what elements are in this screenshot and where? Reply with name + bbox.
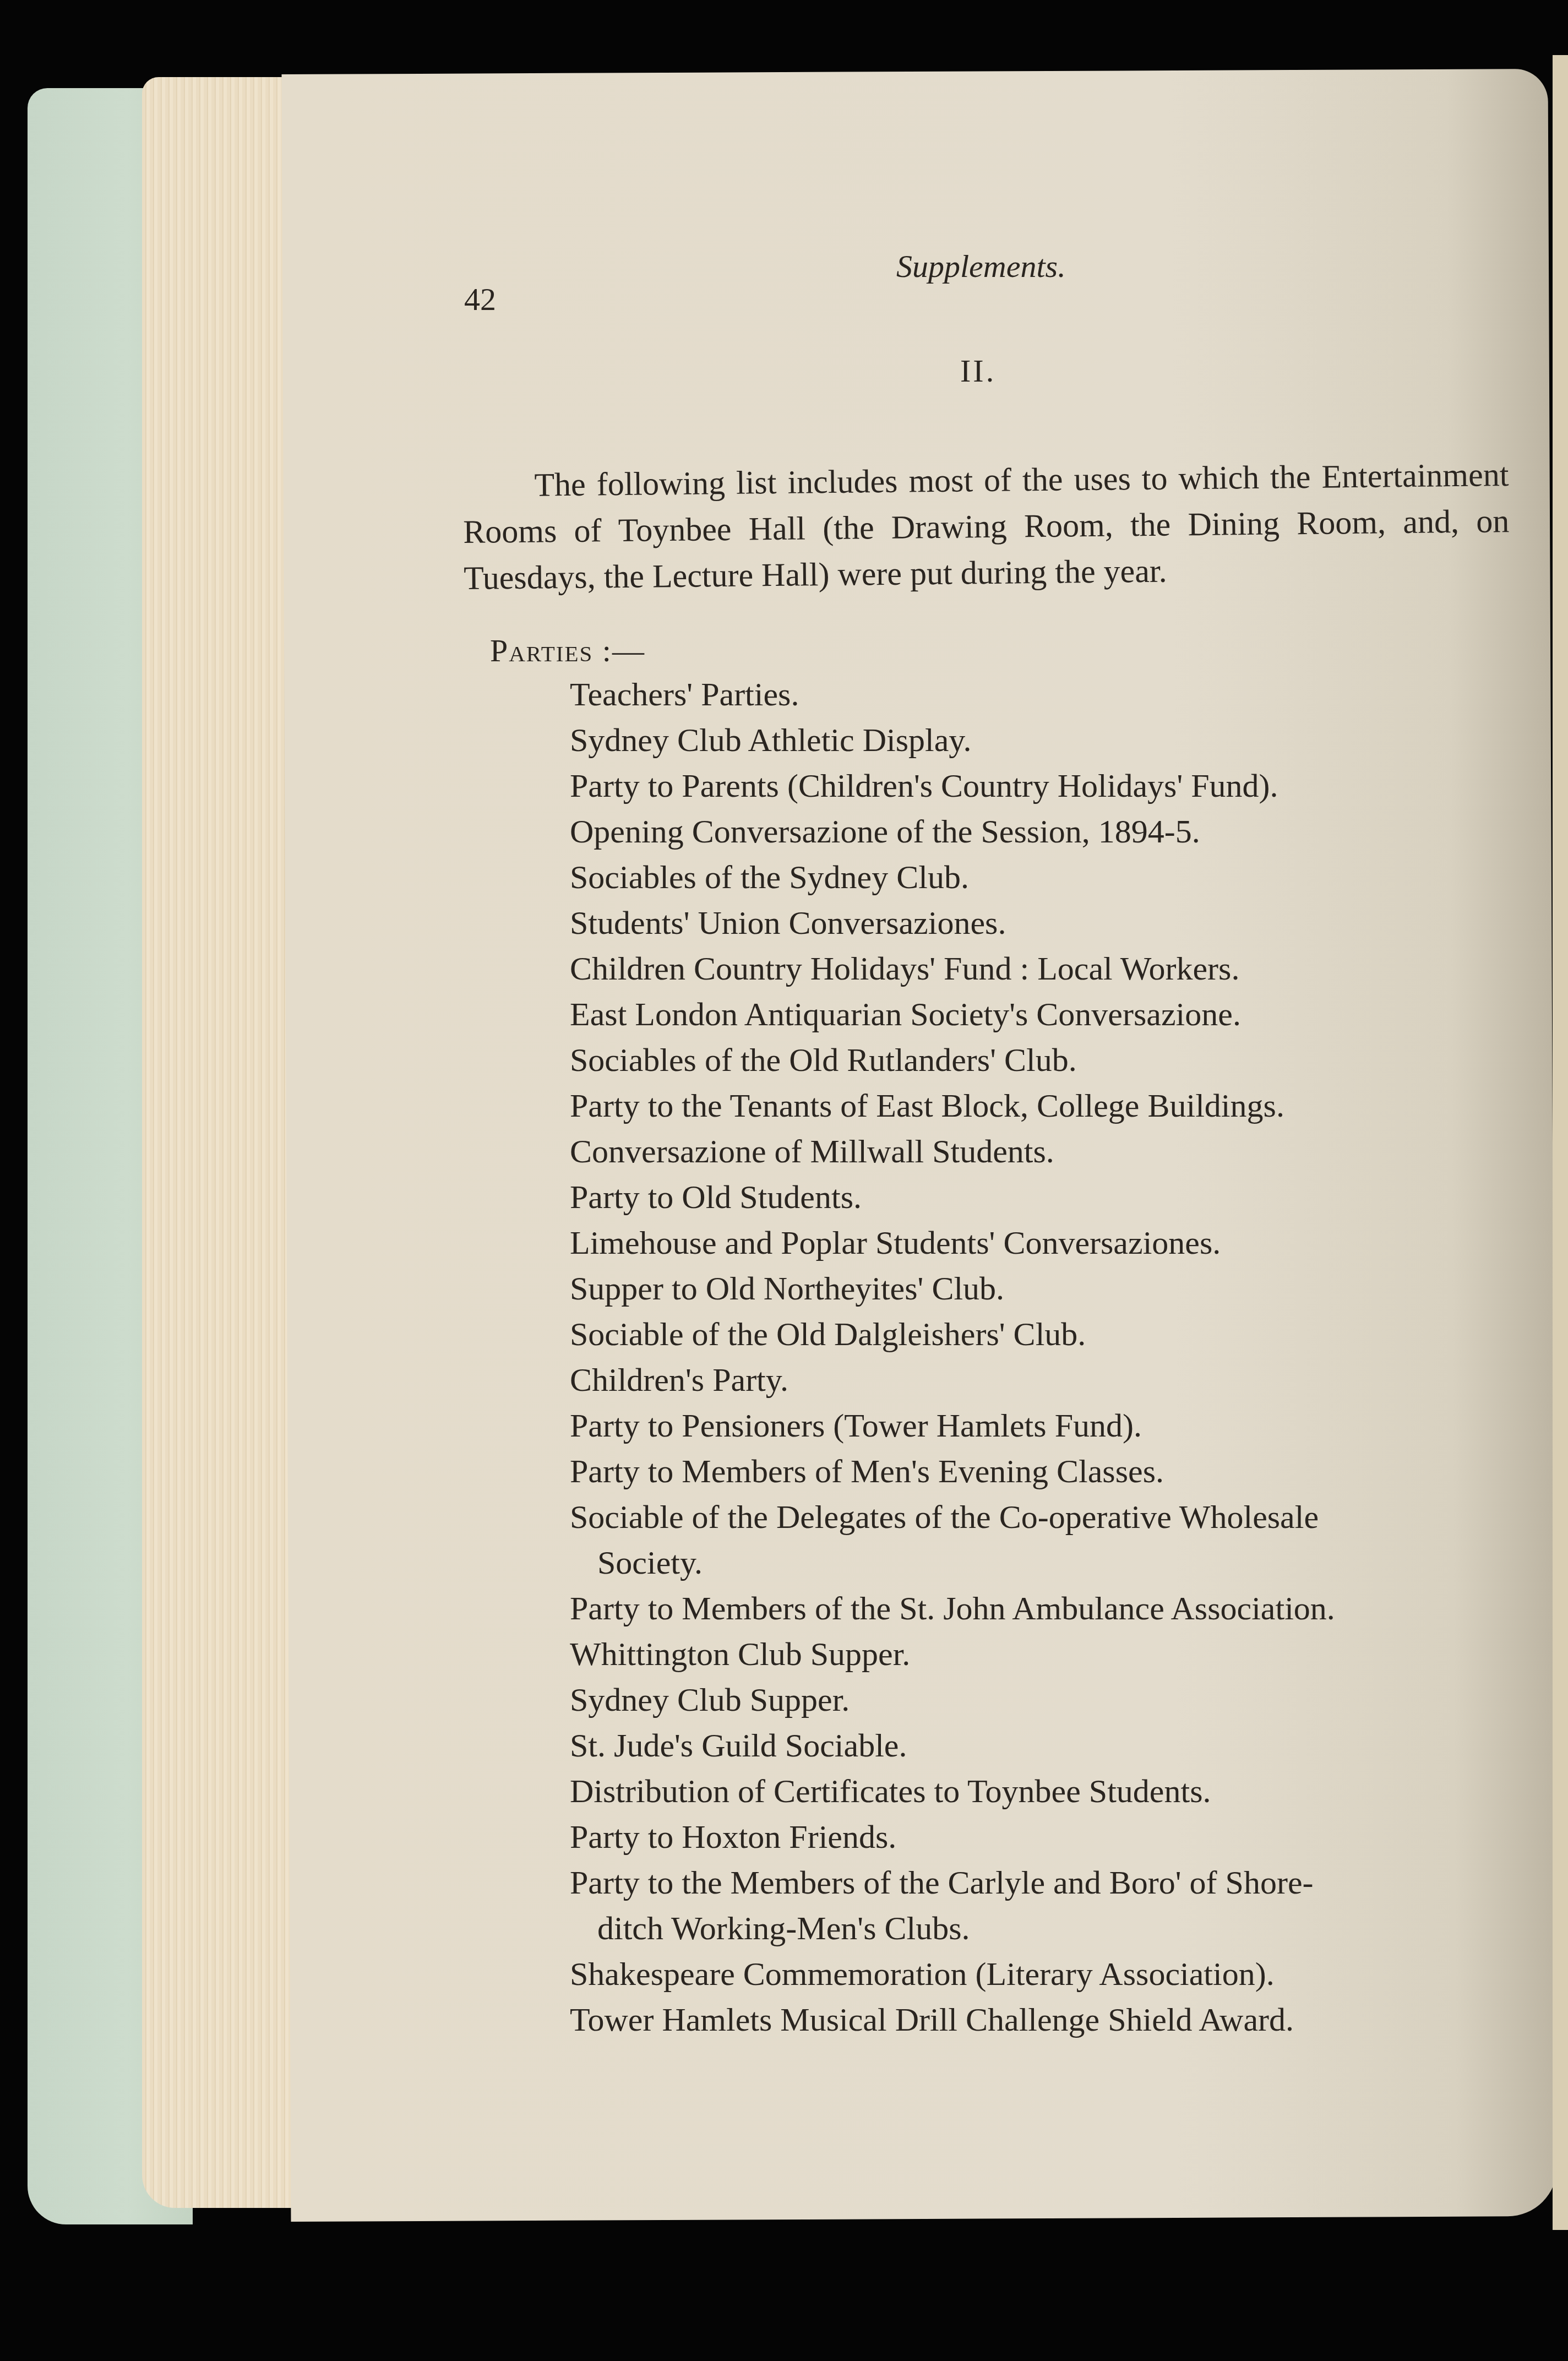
list-item-text: Teachers' Parties.	[570, 676, 799, 712]
page-content: 42 Supplements. II. The following list i…	[0, 0, 1568, 2361]
list-item: Party to the Tenants of East Block, Coll…	[570, 1083, 1517, 1129]
list-item-text: Opening Conversazione of the Session, 18…	[570, 813, 1200, 850]
running-head: Supplements.	[896, 248, 1066, 285]
list-item-continuation: Society.	[570, 1540, 1517, 1586]
list-item: St. Jude's Guild Sociable.	[570, 1723, 1517, 1769]
list-item: Sociables of the Sydney Club.	[570, 855, 1517, 900]
parties-list: Teachers' Parties.Sydney Club Athletic D…	[570, 672, 1517, 2043]
list-item-text: Tower Hamlets Musical Drill Challenge Sh…	[570, 2001, 1294, 2038]
list-item-text: East London Antiquarian Society's Conver…	[570, 996, 1241, 1032]
list-item-text: Conversazione of Millwall Students.	[570, 1133, 1054, 1169]
list-item-text: Party to Pensioners (Tower Hamlets Fund)…	[570, 1407, 1142, 1444]
intro-paragraph: The following list includes most of the …	[462, 451, 1510, 601]
list-item: Party to the Members of the Carlyle and …	[570, 1860, 1517, 1951]
list-item: Distribution of Certificates to Toynbee …	[570, 1769, 1517, 1814]
list-item: East London Antiquarian Society's Conver…	[570, 992, 1517, 1037]
list-item: Children Country Holidays' Fund : Local …	[570, 946, 1517, 992]
list-item-text: Distribution of Certificates to Toynbee …	[570, 1773, 1211, 1809]
list-item: Whittington Club Supper.	[570, 1631, 1517, 1677]
list-item: Sociables of the Old Rutlanders' Club.	[570, 1037, 1517, 1083]
list-item: Sydney Club Athletic Display.	[570, 717, 1517, 763]
list-item: Party to Hoxton Friends.	[570, 1814, 1517, 1860]
list-item-text: Party to Hoxton Friends.	[570, 1819, 896, 1855]
list-item: Shakespeare Commemoration (Literary Asso…	[570, 1951, 1517, 1997]
list-item: Supper to Old Northeyites' Club.	[570, 1266, 1517, 1312]
list-item-text: Sydney Club Athletic Display.	[570, 722, 971, 758]
list-item: Party to Parents (Children's Country Hol…	[570, 763, 1517, 809]
section-number: II.	[960, 352, 996, 389]
list-item-text: St. Jude's Guild Sociable.	[570, 1727, 907, 1764]
list-item: Tower Hamlets Musical Drill Challenge Sh…	[570, 1997, 1517, 2043]
list-item: Sydney Club Supper.	[570, 1677, 1517, 1723]
list-item-text: Sydney Club Supper.	[570, 1682, 850, 1718]
list-item: Limehouse and Poplar Students' Conversaz…	[570, 1220, 1517, 1266]
list-item-text: Sociables of the Old Rutlanders' Club.	[570, 1042, 1077, 1078]
list-item: Party to Members of the St. John Ambulan…	[570, 1586, 1517, 1631]
list-item-text: Whittington Club Supper.	[570, 1636, 910, 1672]
list-item-text: Children Country Holidays' Fund : Local …	[570, 950, 1239, 987]
list-item-text: Party to Members of the St. John Ambulan…	[570, 1590, 1335, 1626]
list-item: Party to Pensioners (Tower Hamlets Fund)…	[570, 1403, 1517, 1449]
list-item: Party to Members of Men's Evening Classe…	[570, 1449, 1517, 1494]
page-number: 42	[464, 281, 496, 318]
list-item-text: Shakespeare Commemoration (Literary Asso…	[570, 1956, 1275, 1992]
list-item: Teachers' Parties.	[570, 672, 1517, 717]
list-item: Sociable of the Delegates of the Co-oper…	[570, 1494, 1517, 1586]
list-item-text: Party to Old Students.	[570, 1179, 862, 1215]
list-item-text: Sociables of the Sydney Club.	[570, 859, 969, 895]
list-item-text: Supper to Old Northeyites' Club.	[570, 1270, 1004, 1307]
list-item: Children's Party.	[570, 1357, 1517, 1403]
list-item-text: Sociable of the Delegates of the Co-oper…	[570, 1499, 1319, 1535]
list-item-continuation: ditch Working-Men's Clubs.	[570, 1906, 1517, 1951]
list-item-text: Sociable of the Old Dalgleishers' Club.	[570, 1316, 1086, 1352]
list-item-text: Students' Union Conversaziones.	[570, 905, 1006, 941]
list-item-text: Children's Party.	[570, 1362, 788, 1398]
list-item-text: Party to Members of Men's Evening Classe…	[570, 1453, 1164, 1489]
list-item-text: Party to the Tenants of East Block, Coll…	[570, 1087, 1284, 1124]
list-item: Sociable of the Old Dalgleishers' Club.	[570, 1312, 1517, 1357]
list-item: Opening Conversazione of the Session, 18…	[570, 809, 1517, 855]
list-item: Party to Old Students.	[570, 1174, 1517, 1220]
parties-heading: Parties :—	[490, 632, 645, 669]
list-item-text: Limehouse and Poplar Students' Conversaz…	[570, 1225, 1221, 1261]
list-item-text: Party to the Members of the Carlyle and …	[570, 1864, 1314, 1901]
list-item: Students' Union Conversaziones.	[570, 900, 1517, 946]
list-item: Conversazione of Millwall Students.	[570, 1129, 1517, 1174]
list-item-text: Party to Parents (Children's Country Hol…	[570, 768, 1278, 804]
